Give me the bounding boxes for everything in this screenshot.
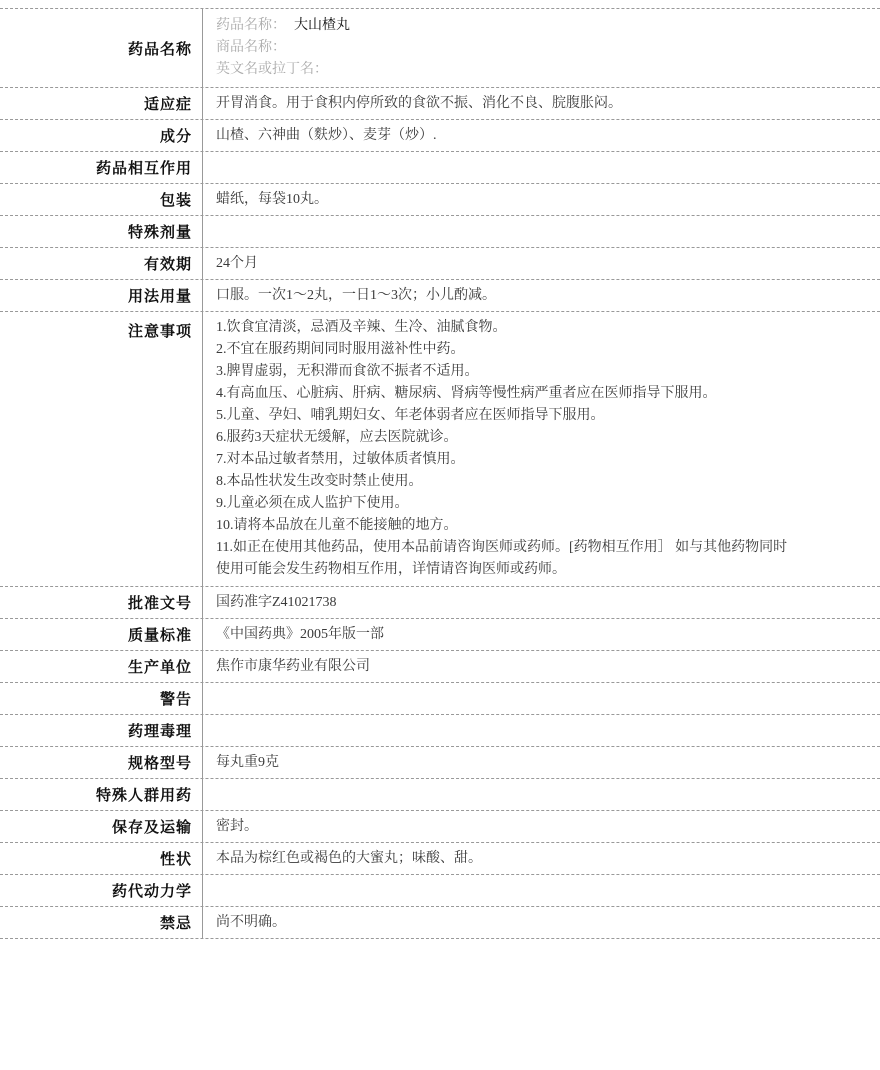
row-label: 有效期	[0, 248, 203, 279]
row-label: 药品相互作用	[0, 152, 203, 183]
row-specification: 规格型号 每丸重9克	[0, 747, 880, 779]
precaution-item: 7.对本品过敏者禁用，过敏体质者慎用。	[216, 449, 798, 471]
row-content: 24个月	[203, 248, 880, 279]
row-label: 用法用量	[0, 280, 203, 311]
row-quality-standard: 质量标准 《中国药典》2005年版一部	[0, 619, 880, 651]
row-content: 药品名称：大山楂丸 商品名称： 英文名或拉丁名：	[203, 9, 880, 87]
drug-name-field: 药品名称：大山楂丸	[216, 15, 350, 37]
row-drug-interactions: 药品相互作用	[0, 152, 880, 184]
row-content: 每丸重9克	[203, 747, 880, 778]
row-approval-number: 批准文号 国药准字Z41021738	[0, 587, 880, 619]
row-content: 尚不明确。	[203, 907, 880, 938]
row-packaging: 包装 蜡纸，每袋10丸。	[0, 184, 880, 216]
row-dosage-usage: 用法用量 口服。一次1～2丸，一日1～3次；小儿酌减。	[0, 280, 880, 312]
row-label: 性状	[0, 843, 203, 874]
row-label: 警告	[0, 683, 203, 714]
row-label: 特殊剂量	[0, 216, 203, 247]
row-shelf-life: 有效期 24个月	[0, 248, 880, 280]
row-pharmacokinetics: 药代动力学	[0, 875, 880, 907]
latin-name-field: 英文名或拉丁名：	[216, 59, 336, 81]
row-label: 批准文号	[0, 587, 203, 618]
row-special-populations: 特殊人群用药	[0, 779, 880, 811]
precaution-item: 9.儿童必须在成人监护下使用。	[216, 493, 798, 515]
precaution-item: 8.本品性状发生改变时禁止使用。	[216, 471, 798, 493]
precaution-item: 5.儿童、孕妇、哺乳期妇女、年老体弱者应在医师指导下服用。	[216, 405, 798, 427]
row-indications: 适应症 开胃消食。用于食积内停所致的食欲不振、消化不良、脘腹胀闷。	[0, 88, 880, 120]
row-content	[203, 216, 880, 247]
row-label: 成分	[0, 120, 203, 151]
precaution-item: 2.不宜在服药期间同时服用滋补性中药。	[216, 339, 798, 361]
row-content: 国药准字Z41021738	[203, 587, 880, 618]
row-pharmacology-toxicology: 药理毒理	[0, 715, 880, 747]
field-value: 大山楂丸	[294, 18, 350, 33]
row-content	[203, 715, 880, 746]
precaution-item: 11.如正在使用其他药品，使用本品前请咨询医师或药师。[药物相互作用］ 如与其他…	[216, 537, 798, 581]
drug-info-table: 药品名称 药品名称：大山楂丸 商品名称： 英文名或拉丁名： 适应症 开胃消食。用…	[0, 8, 880, 939]
field-key: 药品名称：	[216, 18, 286, 33]
row-content: 开胃消食。用于食积内停所致的食欲不振、消化不良、脘腹胀闷。	[203, 88, 880, 119]
precaution-item: 4.有高血压、心脏病、肝病、糖尿病、肾病等慢性病严重者应在医师指导下服用。	[216, 383, 798, 405]
row-content: 《中国药典》2005年版一部	[203, 619, 880, 650]
row-content	[203, 152, 880, 183]
row-content: 山楂、六神曲（麩炒）、麦芽（炒）.	[203, 120, 880, 151]
row-content: 焦作市康华药业有限公司	[203, 651, 880, 682]
row-label: 质量标准	[0, 619, 203, 650]
precaution-item: 6.服药3天症状无缓解，应去医院就诊。	[216, 427, 798, 449]
row-label: 药代动力学	[0, 875, 203, 906]
row-label: 规格型号	[0, 747, 203, 778]
row-content	[203, 779, 880, 810]
field-key: 商品名称：	[216, 40, 286, 55]
precaution-item: 1.饮食宜清淡，忌酒及辛辣、生冷、油腻食物。	[216, 317, 798, 339]
row-ingredients: 成分 山楂、六神曲（麩炒）、麦芽（炒）.	[0, 120, 880, 152]
trade-name-field: 商品名称：	[216, 37, 294, 59]
precaution-item: 3.脾胃虚弱，无积滞而食欲不振者不适用。	[216, 361, 798, 383]
row-storage-transport: 保存及运输 密封。	[0, 811, 880, 843]
precaution-item: 10.请将本品放在儿童不能接触的地方。	[216, 515, 798, 537]
row-precautions: 注意事项 1.饮食宜清淡，忌酒及辛辣、生冷、油腻食物。 2.不宜在服药期间同时服…	[0, 312, 880, 587]
row-label: 适应症	[0, 88, 203, 119]
row-label: 保存及运输	[0, 811, 203, 842]
row-label: 药理毒理	[0, 715, 203, 746]
field-key: 英文名或拉丁名：	[216, 62, 328, 77]
row-contraindications: 禁忌 尚不明确。	[0, 907, 880, 939]
row-manufacturer: 生产单位 焦作市康华药业有限公司	[0, 651, 880, 683]
row-label: 注意事项	[0, 312, 203, 586]
row-content: 本品为棕红色或褐色的大蜜丸；味酸、甜。	[203, 843, 880, 874]
row-label: 特殊人群用药	[0, 779, 203, 810]
row-content	[203, 875, 880, 906]
row-drug-name: 药品名称 药品名称：大山楂丸 商品名称： 英文名或拉丁名：	[0, 9, 880, 88]
row-label: 药品名称	[0, 9, 203, 87]
row-label: 禁忌	[0, 907, 203, 938]
row-content: 蜡纸，每袋10丸。	[203, 184, 880, 215]
row-content: 密封。	[203, 811, 880, 842]
row-content: 1.饮食宜清淡，忌酒及辛辣、生冷、油腻食物。 2.不宜在服药期间同时服用滋补性中…	[203, 312, 880, 586]
row-warning: 警告	[0, 683, 880, 715]
row-description: 性状 本品为棕红色或褐色的大蜜丸；味酸、甜。	[0, 843, 880, 875]
row-special-dosage: 特殊剂量	[0, 216, 880, 248]
row-label: 生产单位	[0, 651, 203, 682]
row-label: 包装	[0, 184, 203, 215]
row-content: 口服。一次1～2丸，一日1～3次；小儿酌减。	[203, 280, 880, 311]
row-content	[203, 683, 880, 714]
